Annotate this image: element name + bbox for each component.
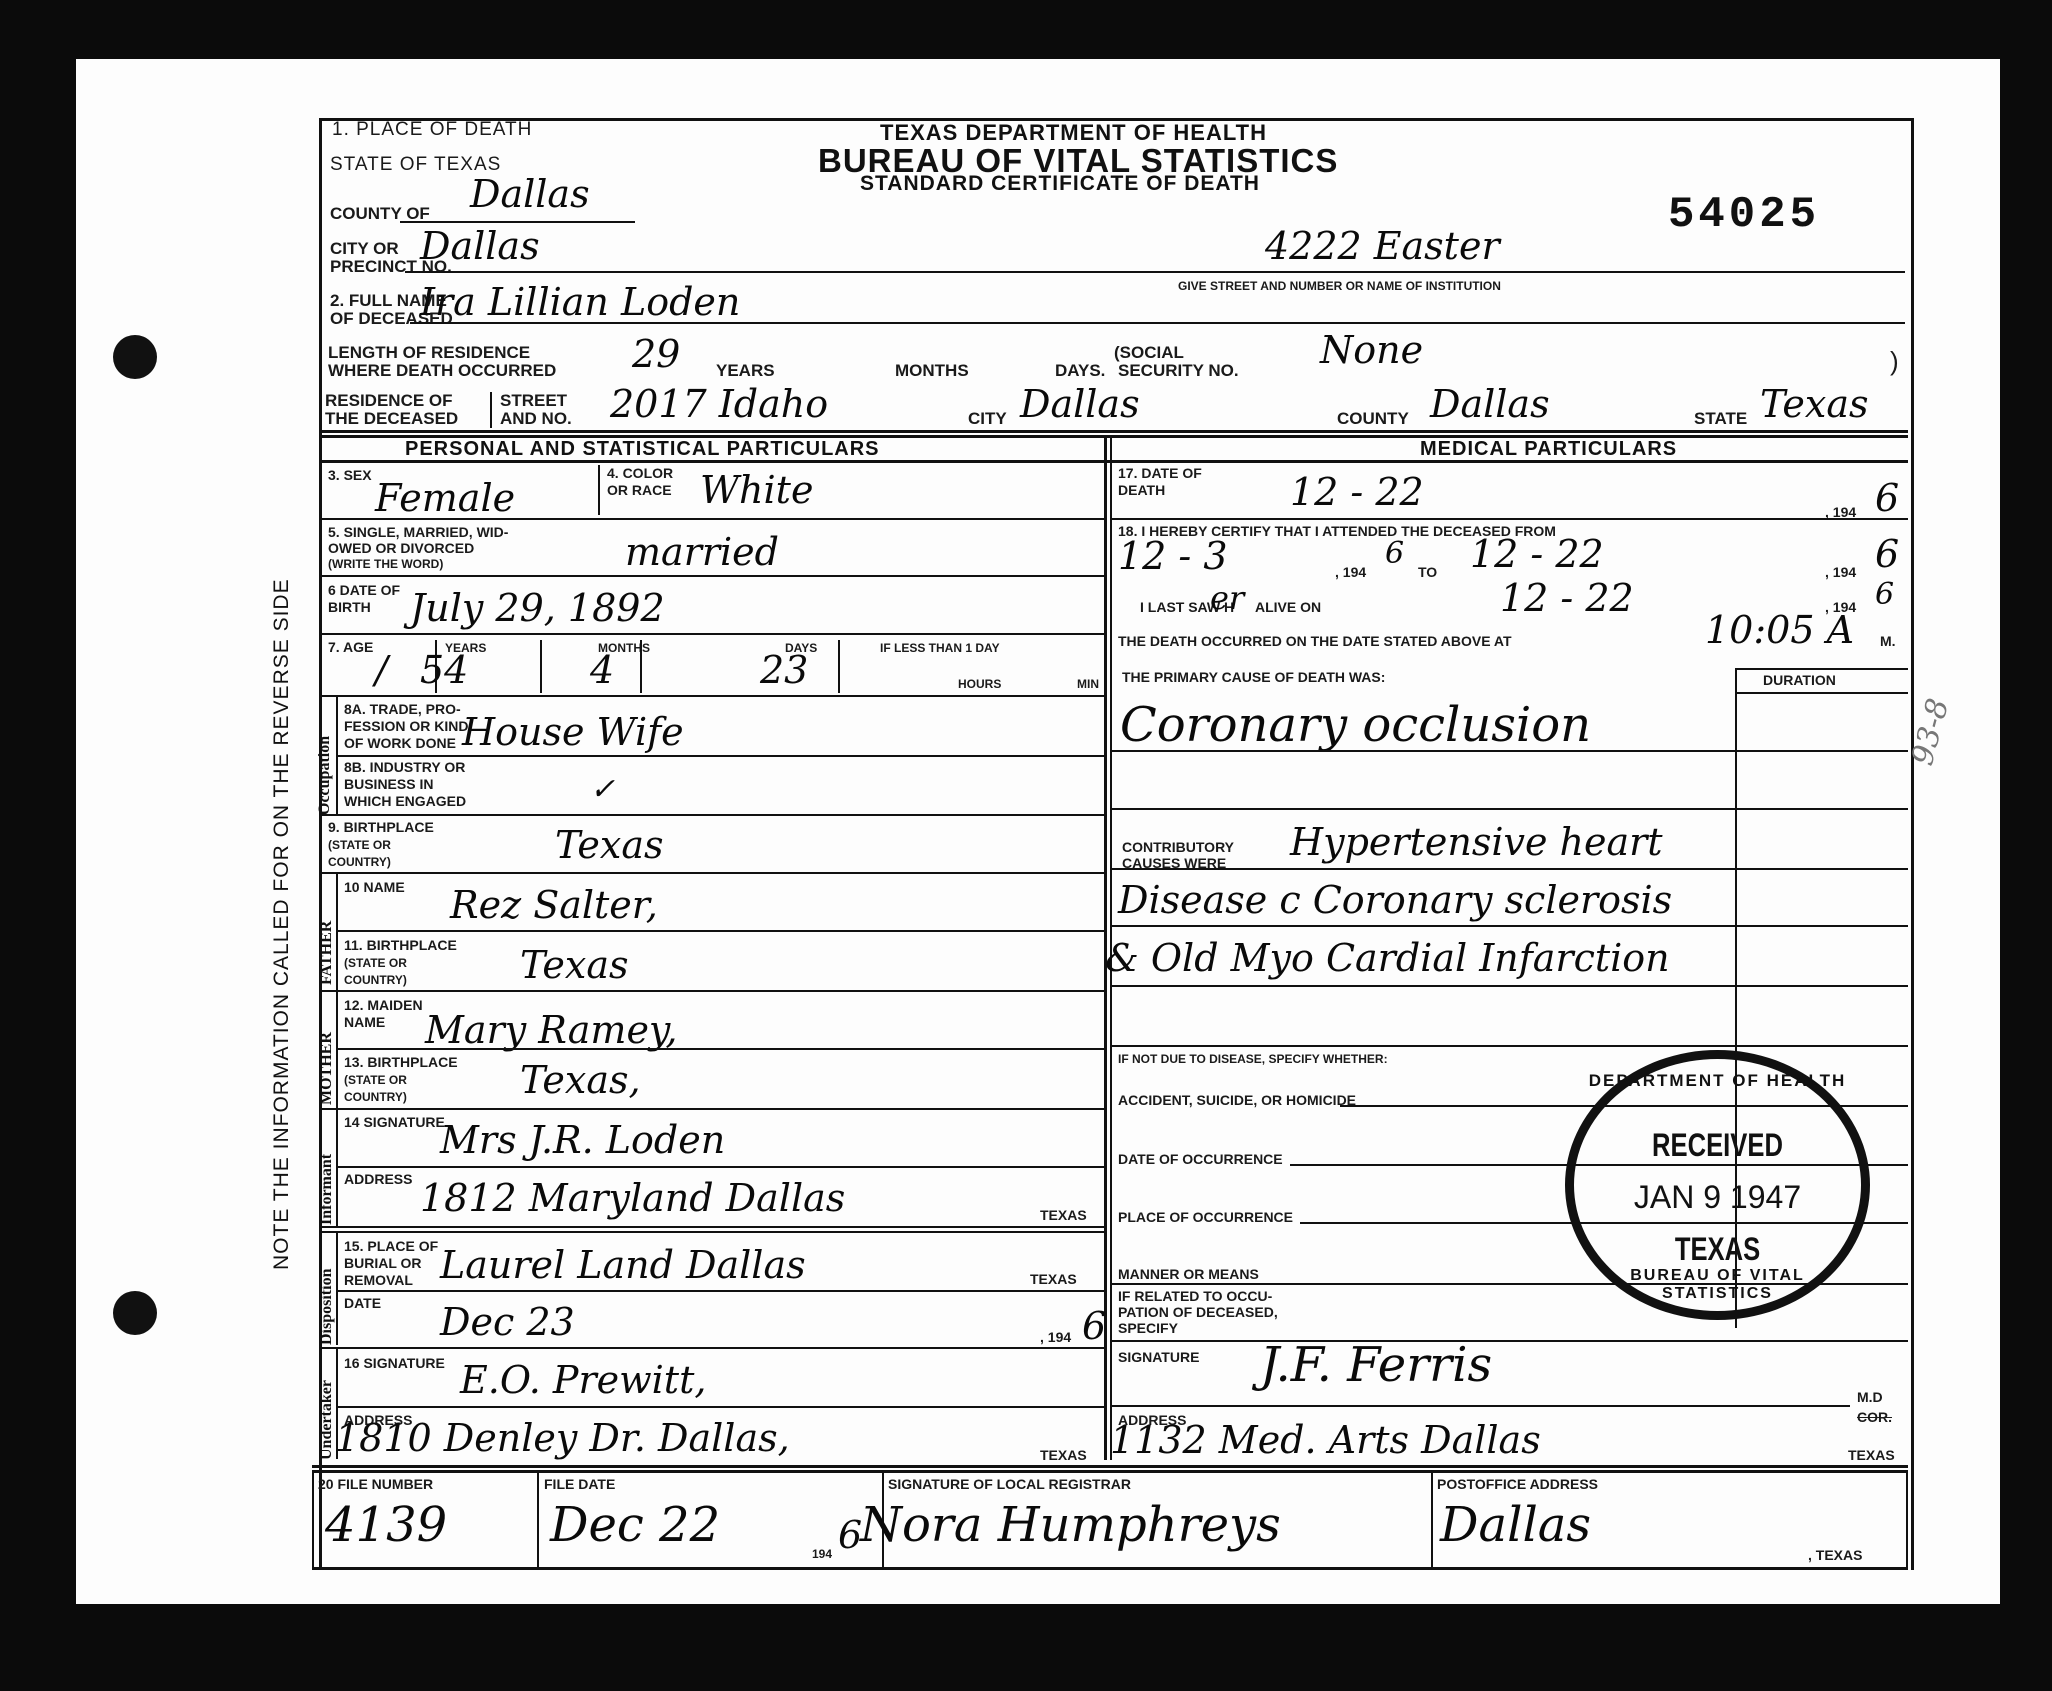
received-stamp: DEPARTMENT OF HEALTH RECEIVED JAN 9 1947… xyxy=(1565,1050,1870,1320)
row-divider xyxy=(1110,808,1908,810)
mother-side-label: MOTHER xyxy=(318,1032,336,1105)
color-label-1: 4. COLOR xyxy=(607,466,673,481)
header-divider-1 xyxy=(319,430,1908,433)
last-saw-pronoun: er xyxy=(1210,578,1244,618)
side-divider xyxy=(336,874,338,992)
side-divider xyxy=(336,1110,338,1228)
informant-signature-value: Mrs J.R. Loden xyxy=(440,1120,725,1160)
row-divider xyxy=(319,990,1104,992)
file-date-value: Dec 22 xyxy=(550,1505,720,1545)
stamp-ring-bottom: BUREAU OF VITAL STATISTICS xyxy=(1574,1267,1861,1303)
age-slash: / xyxy=(375,650,388,690)
father-birthplace-value: Texas xyxy=(520,945,628,985)
age-hours-label: HOURS xyxy=(958,678,1001,691)
row-divider xyxy=(319,695,1104,697)
death-street-value: 4222 Easter xyxy=(1265,226,1500,266)
file-date-label: FILE DATE xyxy=(544,1477,615,1492)
dob-value: July 29, 1892 xyxy=(410,588,665,628)
residence-years-value: 29 xyxy=(632,334,680,374)
date-occurrence-label: DATE OF OCCURRENCE xyxy=(1118,1152,1283,1167)
street-label-1: STREET xyxy=(500,392,567,410)
contributory-line-3: & Old Myo Cardial Infarction xyxy=(1105,938,1670,978)
disposition-side-label: Disposition xyxy=(318,1269,336,1345)
medical-section-title: MEDICAL PARTICULARS xyxy=(1420,438,1677,461)
social-label-1: (SOCIAL xyxy=(1114,344,1184,362)
social-security-value: None xyxy=(1320,330,1423,370)
file-year-prefix: 194 xyxy=(812,1548,832,1561)
postoffice-texas-label: , TEXAS xyxy=(1808,1548,1862,1563)
informant-side-label: Informant xyxy=(318,1154,336,1225)
age-years-value: 54 xyxy=(420,650,468,690)
dob-label-1: 6 DATE OF xyxy=(328,583,400,598)
row-divider xyxy=(319,1226,1104,1228)
street-caption: GIVE STREET AND NUMBER OR NAME OF INSTIT… xyxy=(1178,280,1501,293)
city-underline xyxy=(405,271,1905,273)
row-divider xyxy=(319,1347,1104,1349)
city-label-1: CITY OR xyxy=(330,240,399,258)
months-label: MONTHS xyxy=(895,362,969,380)
attended-to-value: 12 - 22 xyxy=(1470,534,1604,574)
residence-county-value: Dallas xyxy=(1430,384,1550,424)
father-name-label: 10 NAME xyxy=(344,880,405,895)
dod-label-2: DEATH xyxy=(1118,483,1165,498)
md-label: M.D xyxy=(1857,1390,1883,1405)
row-divider xyxy=(336,1166,1104,1168)
occupation-related-label-3: SPECIFY xyxy=(1118,1321,1178,1336)
residence-state-label: STATE xyxy=(1694,410,1747,428)
duration-bottom-line xyxy=(1735,692,1908,694)
undertaker-address-value: 1810 Denley Dr. Dallas, xyxy=(335,1418,790,1458)
alive-on-label: ALIVE ON xyxy=(1255,600,1321,615)
sex-value: Female xyxy=(375,478,515,518)
postoffice-value: Dallas xyxy=(1440,1505,1591,1545)
marital-label-1: 5. SINGLE, MARRIED, WID- xyxy=(328,525,508,540)
mother-name-label-2: NAME xyxy=(344,1015,385,1030)
mother-birthplace-value: Texas, xyxy=(520,1060,641,1100)
sex-label: 3. SEX xyxy=(328,466,372,484)
cor-label: COR. xyxy=(1857,1410,1892,1425)
burial-label-3: REMOVAL xyxy=(344,1273,413,1288)
contributory-label-1: CONTRIBUTORY xyxy=(1122,840,1234,855)
dod-year-digit: 6 xyxy=(1875,478,1899,518)
birthplace-value: Texas xyxy=(555,825,663,865)
marital-label-2: OWED OR DIVORCED xyxy=(328,541,474,556)
age-label: 7. AGE xyxy=(328,640,373,655)
section-header-underline xyxy=(319,460,1908,463)
attended-from-value: 12 - 3 xyxy=(1118,536,1228,576)
father-name-value: Rez Salter, xyxy=(450,885,658,925)
residence-city-value: Dallas xyxy=(1020,384,1140,424)
row-divider xyxy=(336,930,1104,932)
city-value: Dallas xyxy=(420,226,540,266)
social-label-2: SECURITY NO. xyxy=(1118,362,1239,380)
social-close-paren: ) xyxy=(1890,352,1899,370)
physician-address-value: 1132 Med. Arts Dallas xyxy=(1110,1420,1541,1460)
duration-top-line xyxy=(1735,668,1908,670)
reverse-side-note: NOTE THE INFORMATION CALLED FOR ON THE R… xyxy=(270,578,294,1270)
registrar-divider-1 xyxy=(312,1465,1908,1468)
residence-state-value: Texas xyxy=(1760,384,1868,424)
row-divider xyxy=(1110,1405,1850,1407)
age-days-value: 23 xyxy=(760,650,808,690)
undertaker-signature-value: E.O. Prewitt, xyxy=(460,1360,706,1400)
age-min-label: MIN xyxy=(1077,678,1099,691)
age-less-label: IF LESS THAN 1 DAY xyxy=(880,642,1000,655)
row-divider xyxy=(1110,1045,1908,1047)
attended-to-year-digit: 6 xyxy=(1875,534,1899,574)
primary-cause-value: Coronary occlusion xyxy=(1120,705,1591,745)
punch-hole-bottom xyxy=(113,1291,157,1335)
county-underline xyxy=(400,221,635,223)
age-divider xyxy=(640,640,642,693)
time-label: THE DEATH OCCURRED ON THE DATE STATED AB… xyxy=(1118,634,1512,649)
side-divider xyxy=(336,1233,338,1345)
postoffice-label: POSTOFFICE ADDRESS xyxy=(1437,1477,1598,1492)
burial-place-value: Laurel Land Dallas xyxy=(440,1245,806,1285)
street-label-2: AND NO. xyxy=(500,410,572,428)
stamp-date: JAN 9 1947 xyxy=(1574,1179,1861,1216)
burial-date-value: Dec 23 xyxy=(440,1302,575,1342)
birthplace-label-1: 9. BIRTHPLACE xyxy=(328,820,434,835)
attended-from-year-prefix: , 194 xyxy=(1335,565,1366,580)
full-name-value: Ira Lillian Loden xyxy=(420,282,740,322)
file-year-digit: 6 xyxy=(838,1515,862,1555)
stamp-ring-top: DEPARTMENT OF HEALTH xyxy=(1574,1071,1861,1091)
age-months-value: 4 xyxy=(590,650,614,690)
marital-value: married xyxy=(625,532,779,572)
last-saw-year-digit: 6 xyxy=(1875,575,1894,615)
registrar-right-border xyxy=(1906,1472,1908,1567)
contributory-line-2: Disease c Coronary sclerosis xyxy=(1118,880,1672,920)
undertaker-side-label: Undertaker xyxy=(318,1380,336,1460)
attended-to-year-prefix: , 194 xyxy=(1825,565,1856,580)
punch-hole-top xyxy=(113,335,157,379)
occupation-side-label: Occupation xyxy=(316,736,334,815)
county-value: Dallas xyxy=(470,174,590,214)
row-divider xyxy=(319,575,1104,577)
row-divider xyxy=(319,814,1104,816)
birthplace-label-3: COUNTRY) xyxy=(328,856,391,869)
row-divider xyxy=(319,1108,1104,1110)
birthplace-label-2: (STATE OR xyxy=(328,839,391,852)
mother-name-value: Mary Ramey, xyxy=(425,1010,677,1050)
industry-value: ✓ xyxy=(590,770,615,810)
dod-label-1: 17. DATE OF xyxy=(1118,466,1202,481)
industry-label-3: WHICH ENGAGED xyxy=(344,794,466,809)
trade-value: House Wife xyxy=(462,712,684,752)
row-divider xyxy=(1110,868,1908,870)
sex-color-divider xyxy=(598,465,600,515)
row-divider xyxy=(1110,1340,1908,1342)
residence-city-label: CITY xyxy=(968,410,1007,428)
father-birthplace-label-2: (STATE OR xyxy=(344,957,407,970)
registrar-col-divider xyxy=(537,1472,539,1567)
mother-birthplace-label-3: COUNTRY) xyxy=(344,1091,407,1104)
file-number-label: 20 FILE NUMBER xyxy=(318,1477,433,1492)
dod-value: 12 - 22 xyxy=(1290,472,1424,512)
burial-date-label: DATE xyxy=(344,1296,381,1311)
row-divider xyxy=(336,1290,1104,1292)
registrar-left-border xyxy=(312,1472,314,1567)
row-divider xyxy=(336,1406,1104,1408)
place-occurrence-label: PLACE OF OCCURRENCE xyxy=(1118,1210,1293,1225)
burial-label-1: 15. PLACE OF xyxy=(344,1239,438,1254)
undertaker-texas-label: TEXAS xyxy=(1040,1448,1087,1463)
personal-section-title: PERSONAL AND STATISTICAL PARTICULARS xyxy=(405,438,880,461)
residence-street-value: 2017 Idaho xyxy=(610,384,828,424)
row-divider xyxy=(1110,985,1908,987)
residence-county-label: COUNTY xyxy=(1337,410,1409,428)
row-divider xyxy=(1110,750,1908,752)
registrar-col-divider xyxy=(1431,1472,1433,1567)
mother-birthplace-label-1: 13. BIRTHPLACE xyxy=(344,1055,458,1070)
physician-signature-value: J.F. Ferris xyxy=(1260,1345,1492,1385)
row-divider xyxy=(319,872,1104,874)
father-birthplace-label-3: COUNTRY) xyxy=(344,974,407,987)
burial-texas-label: TEXAS xyxy=(1030,1272,1077,1287)
file-number-value: 4139 xyxy=(325,1505,447,1545)
row-divider xyxy=(336,1048,1104,1050)
last-saw-date-value: 12 - 22 xyxy=(1500,578,1634,618)
row-divider xyxy=(319,518,1104,520)
to-label: TO xyxy=(1418,565,1437,580)
duration-label: DURATION xyxy=(1763,673,1836,688)
age-divider xyxy=(540,640,542,693)
primary-cause-label: THE PRIMARY CAUSE OF DEATH WAS: xyxy=(1122,670,1385,685)
accident-label: ACCIDENT, SUICIDE, OR HOMICIDE xyxy=(1118,1093,1356,1108)
trade-label-2: FESSION OR KIND xyxy=(344,719,468,734)
manner-label: MANNER OR MEANS xyxy=(1118,1267,1259,1282)
place-of-death-label: 1. PLACE OF DEATH xyxy=(332,121,532,139)
father-birthplace-label-1: 11. BIRTHPLACE xyxy=(344,938,457,953)
age-divider xyxy=(838,640,840,693)
days-label: DAYS. xyxy=(1055,362,1105,380)
physician-texas-label: TEXAS xyxy=(1848,1448,1895,1463)
contributory-line-1: Hypertensive heart xyxy=(1290,822,1663,862)
stamp-status: RECEIVED xyxy=(1603,1127,1833,1164)
informant-address-label: ADDRESS xyxy=(344,1172,412,1187)
form-bottom-border xyxy=(312,1567,1908,1570)
form-title: STANDARD CERTIFICATE OF DEATH xyxy=(860,172,1260,196)
undertaker-sig-label: 16 SIGNATURE xyxy=(344,1356,445,1371)
color-label-2: OR RACE xyxy=(607,483,672,498)
burial-year-prefix: , 194 xyxy=(1040,1330,1071,1345)
stamp-state: TEXAS xyxy=(1603,1231,1833,1268)
trade-label-1: 8A. TRADE, PRO- xyxy=(344,702,461,717)
row-divider xyxy=(336,755,1104,757)
residence-label-1: RESIDENCE OF xyxy=(325,392,453,410)
informant-texas-label: TEXAS xyxy=(1040,1208,1087,1223)
industry-label-2: BUSINESS IN xyxy=(344,777,433,792)
row-divider xyxy=(1110,925,1908,927)
physician-signature-label: SIGNATURE xyxy=(1118,1350,1199,1365)
residence-length-label-2: WHERE DEATH OCCURRED xyxy=(328,362,556,380)
color-value: White xyxy=(700,470,813,510)
name-underline xyxy=(410,322,1905,324)
registrar-signature-label: SIGNATURE OF LOCAL REGISTRAR xyxy=(888,1477,1131,1492)
residence-label-2: THE DECEASED xyxy=(325,410,458,428)
informant-address-value: 1812 Maryland Dallas xyxy=(420,1178,845,1218)
industry-label-1: 8B. INDUSTRY OR xyxy=(344,760,465,775)
occupation-related-label-1: IF RELATED TO OCCU- xyxy=(1118,1289,1272,1304)
trade-label-3: OF WORK DONE xyxy=(344,736,456,751)
time-value: 10:05 A xyxy=(1705,610,1854,650)
residence-divider xyxy=(490,392,492,428)
row-divider xyxy=(1110,518,1908,520)
residence-length-label-1: LENGTH OF RESIDENCE xyxy=(328,344,530,362)
marital-label-3: (WRITE THE WORD) xyxy=(328,558,443,571)
row-divider xyxy=(319,1231,1104,1233)
mother-birthplace-label-2: (STATE OR xyxy=(344,1074,407,1087)
informant-sig-label: 14 SIGNATURE xyxy=(344,1115,445,1130)
registrar-signature-value: Nora Humphreys xyxy=(860,1505,1281,1545)
father-side-label: FATHER xyxy=(318,921,336,985)
not-disease-label: IF NOT DUE TO DISEASE, SPECIFY WHETHER: xyxy=(1118,1053,1388,1066)
years-label: YEARS xyxy=(716,362,775,380)
side-divider xyxy=(336,992,338,1110)
time-suffix: M. xyxy=(1880,634,1896,649)
certificate-number: 54025 xyxy=(1668,190,1820,240)
occupation-related-label-2: PATION OF DECEASED, xyxy=(1118,1305,1278,1320)
mother-name-label-1: 12. MAIDEN xyxy=(344,998,423,1013)
attended-from-year-digit: 6 xyxy=(1385,534,1404,574)
row-divider xyxy=(319,633,1104,635)
burial-label-2: BURIAL OR xyxy=(344,1256,422,1271)
dob-label-2: BIRTH xyxy=(328,600,371,615)
burial-year-digit: 6 xyxy=(1082,1306,1106,1346)
registrar-divider-2 xyxy=(312,1470,1908,1473)
